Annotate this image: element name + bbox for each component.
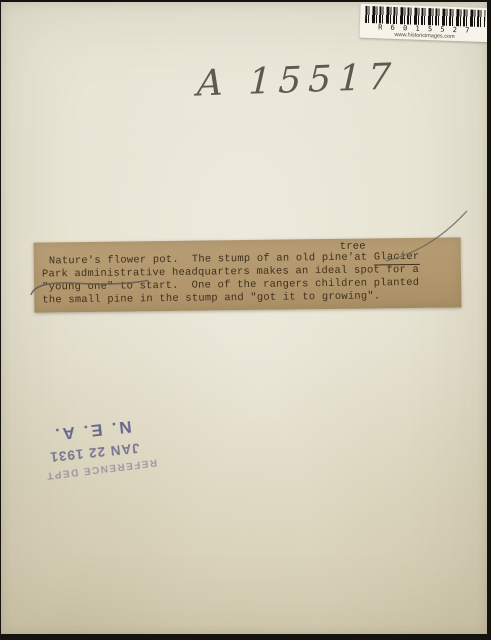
caption-line1-underlined-word: Glacier bbox=[374, 251, 420, 265]
handwritten-id: A 15517 bbox=[196, 56, 398, 104]
photo-back-paper: R 6 0 1 5 5 2 7 www.historicimages.com A… bbox=[1, 2, 487, 634]
scan-background: R 6 0 1 5 5 2 7 www.historicimages.com A… bbox=[0, 0, 491, 640]
caption-line2-struck-word: Park bbox=[42, 268, 68, 280]
barcode-sticker: R 6 0 1 5 5 2 7 www.historicimages.com bbox=[359, 4, 487, 43]
reference-stamp: REFERENCE DEPT JAN 22 1931 N. E. A. bbox=[23, 413, 166, 482]
caption-label: tree Nature's flower pot. The stump of a… bbox=[34, 237, 462, 312]
